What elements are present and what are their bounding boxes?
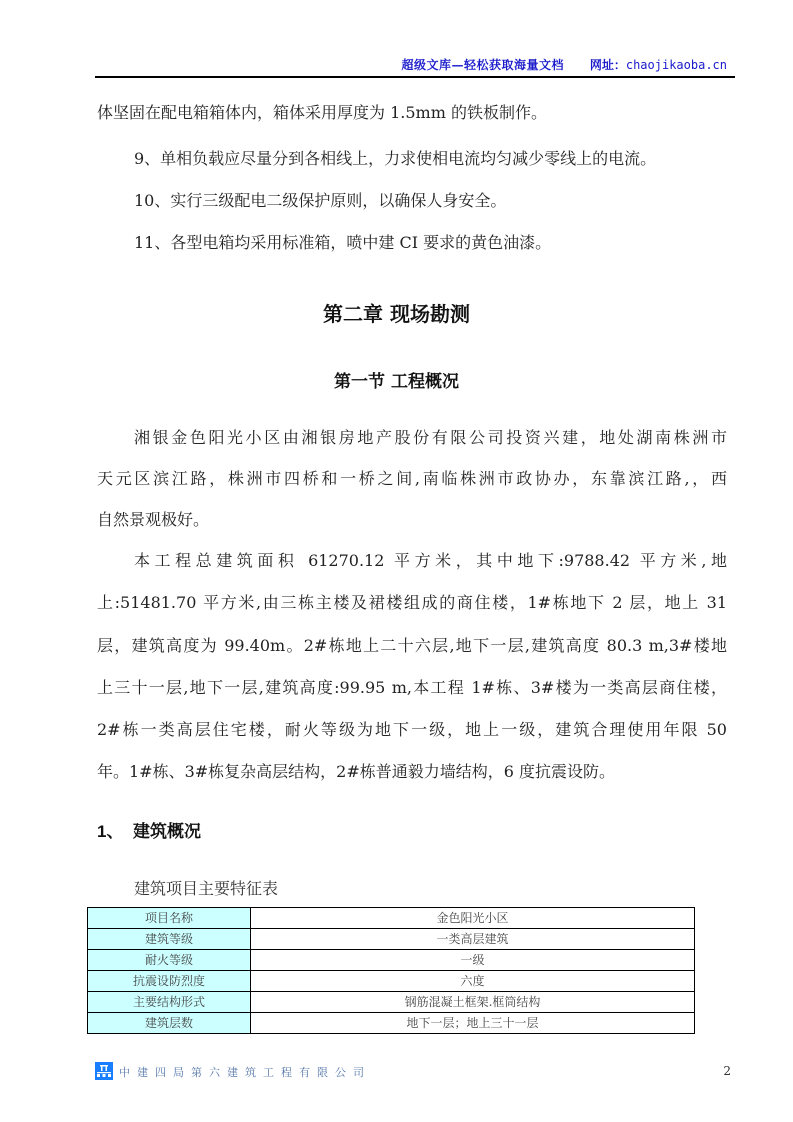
subheading-building-overview: 1、建筑概况 (97, 817, 201, 842)
table-value-cell: 地下一层；地上三十一层 (251, 1013, 695, 1034)
table-value-cell: 一级 (251, 950, 695, 971)
page-number: 2 (723, 1064, 731, 1078)
detail-line-4: 上三十一层,地下一层,建筑高度:99.95 m,本工程 1#栋、3#楼为一类高层… (97, 678, 727, 698)
table-key-cell: 建筑等级 (88, 929, 251, 950)
overview-line-1: 湘银金色阳光小区由湘银房地产股份有限公司投资兴建，地处湖南株洲市 (134, 428, 727, 448)
table-row: 主要结构形式 钢筋混凝土框架.框筒结构 (88, 992, 695, 1013)
detail-line-1: 本工程总建筑面积 61270.12 平方米，其中地下:9788.42 平方米,地 (134, 551, 727, 571)
table-row: 建筑等级 一类高层建筑 (88, 929, 695, 950)
table-row: 抗震设防烈度 六度 (88, 971, 695, 992)
detail-line-2: 上:51481.70 平方米,由三栋主楼及裙楼组成的商住楼，1#栋地下 2 层，… (97, 593, 727, 613)
table-value-cell: 一类高层建筑 (251, 929, 695, 950)
header-text: 超级文库—轻松获取海量文档 网址：chaojikaoba.cn (401, 56, 727, 73)
building-features-table: 项目名称 金色阳光小区 建筑等级 一类高层建筑 耐火等级 一级 抗震设防烈度 六… (87, 907, 695, 1034)
overview-line-2: 天元区滨江路，株洲市四桥和一桥之间,南临株洲市政协办，东靠滨江路,，西 (97, 469, 727, 489)
table-value-cell: 金色阳光小区 (251, 908, 695, 929)
table-value-cell: 六度 (251, 971, 695, 992)
list-item-11: 11、各型电箱均采用标准箱，喷中建 CI 要求的黄色油漆。 (134, 233, 551, 253)
detail-line-6: 年。1#栋、3#栋复杂高层结构，2#栋普通毅力墙结构，6 度抗震设防。 (97, 762, 615, 782)
chapter-title: 第二章 现场勘测 (0, 298, 793, 327)
paragraph-continued: 体坚固在配电箱箱体内，箱体采用厚度为 1.5mm 的铁板制作。 (97, 103, 547, 123)
page-footer: 中建四局第六建筑工程有限公司 2 (95, 1062, 735, 1082)
header-url-label: 网址： (590, 58, 626, 72)
list-item-10: 10、实行三级配电二级保护原则，以确保人身安全。 (134, 191, 506, 211)
table-row: 耐火等级 一级 (88, 950, 695, 971)
header-url-link[interactable]: chaojikaoba.cn (626, 58, 727, 72)
table-key-cell: 项目名称 (88, 908, 251, 929)
table-row: 项目名称 金色阳光小区 (88, 908, 695, 929)
header-site-name: 超级文库—轻松获取海量文档 (401, 58, 564, 72)
page-header: 超级文库—轻松获取海量文档 网址：chaojikaoba.cn (95, 56, 735, 76)
table-key-cell: 建筑层数 (88, 1013, 251, 1034)
overview-line-3: 自然景观极好。 (97, 510, 209, 530)
table-key-cell: 主要结构形式 (88, 992, 251, 1013)
header-divider (95, 76, 735, 78)
table-caption: 建筑项目主要特征表 (134, 876, 278, 899)
company-logo-icon (95, 1062, 113, 1080)
section-title: 第一节 工程概况 (0, 367, 793, 392)
table-value-cell: 钢筋混凝土框架.框筒结构 (251, 992, 695, 1013)
detail-line-5: 2#栋一类高层住宅楼，耐火等级为地下一级，地上一级，建筑合理使用年限 50 (97, 720, 727, 740)
table-key-cell: 耐火等级 (88, 950, 251, 971)
table-key-cell: 抗震设防烈度 (88, 971, 251, 992)
subheading-number: 1、 (97, 817, 133, 842)
table-row: 建筑层数 地下一层；地上三十一层 (88, 1013, 695, 1034)
list-item-9: 9、单相负载应尽量分到各相线上，力求使相电流均匀减少零线上的电流。 (134, 149, 656, 169)
detail-line-3: 层，建筑高度为 99.40m。2#栋地上二十六层,地下一层,建筑高度 80.3 … (97, 636, 727, 656)
subheading-text: 建筑概况 (133, 822, 201, 842)
company-name: 中建四局第六建筑工程有限公司 (119, 1064, 371, 1080)
